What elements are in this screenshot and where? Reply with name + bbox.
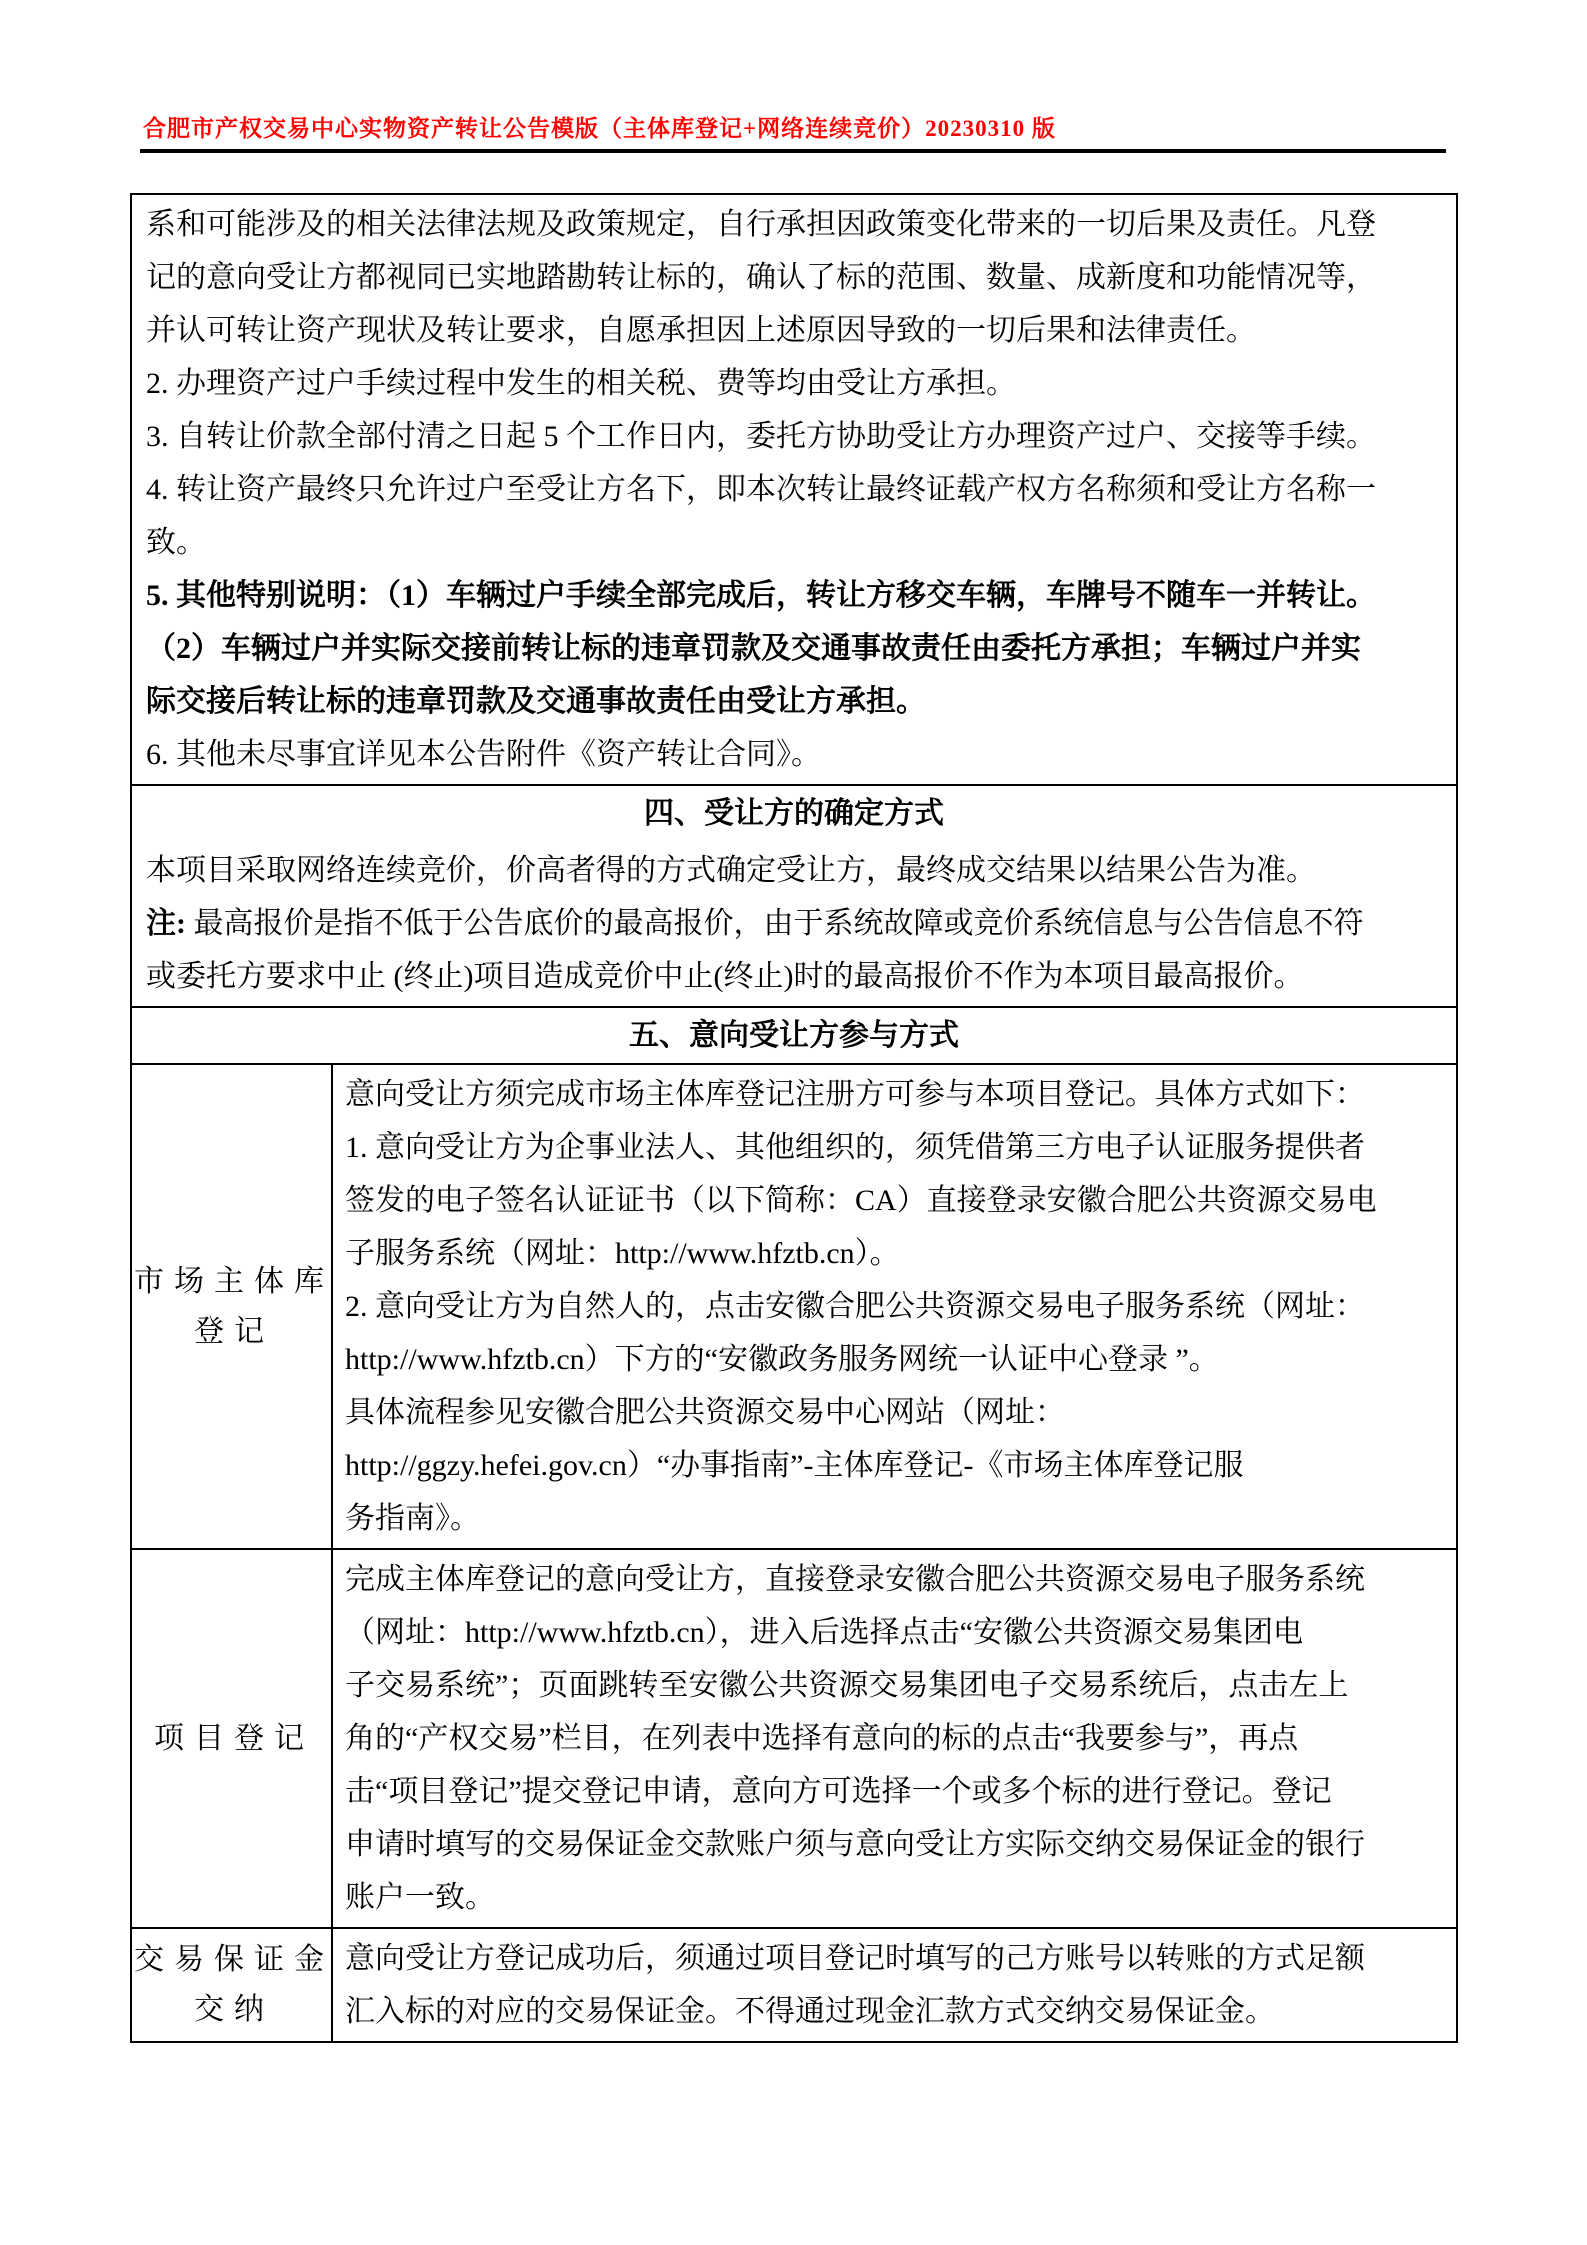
project-registration-content: 完成主体库登记的意向受让方，直接登录安徽合肥公共资源交易电子服务系统（网址：ht… xyxy=(333,1550,1456,1927)
text-line: 汇入标的对应的交易保证金。不得通过现金汇款方式交纳交易保证金。 xyxy=(345,1985,1444,2038)
text-line: 1. 意向受让方为企事业法人、其他组织的，须凭借第三方电子认证服务提供者 xyxy=(345,1121,1444,1174)
text-line: 登记 xyxy=(189,1307,274,1357)
section4-header: 四、受让方的确定方式 xyxy=(132,784,1456,841)
text-line: 致。 xyxy=(146,516,1442,569)
text-line: http://www.hfztb.cn）下方的“安徽政务服务网统一认证中心登录 … xyxy=(345,1333,1444,1386)
text-line: 意向受让方须完成市场主体库登记注册方可参与本项目登记。具体方式如下： xyxy=(345,1068,1444,1121)
text-line: 际交接后转让标的违章罚款及交通事故责任由受让方承担。 xyxy=(146,675,1442,728)
text-line: 交纳 xyxy=(189,1985,274,2035)
text-line: 账户一致。 xyxy=(345,1871,1444,1924)
text-line: 交易保证金 xyxy=(129,1935,334,1985)
text-line: 具体流程参见安徽合肥公共资源交易中心网站（网址： xyxy=(345,1386,1444,1439)
text-line: 2. 意向受让方为自然人的，点击安徽合肥公共资源交易电子服务系统（网址： xyxy=(345,1280,1444,1333)
announcement-table: 系和可能涉及的相关法律法规及政策规定，自行承担因政策变化带来的一切后果及责任。凡… xyxy=(130,193,1458,2043)
project-registration-row: 项目登记 完成主体库登记的意向受让方，直接登录安徽合肥公共资源交易电子服务系统（… xyxy=(132,1548,1456,1927)
text-line: 5. 其他特别说明：（1）车辆过户手续全部完成后，转让方移交车辆，车牌号不随车一… xyxy=(146,569,1442,622)
text-line: 子交易系统”；页面跳转至安徽公共资源交易集团电子交易系统后，点击左上 xyxy=(345,1659,1444,1712)
text-line: 并认可转让资产现状及转让要求，自愿承担因上述原因导致的一切后果和法律责任。 xyxy=(146,304,1442,357)
text-line: 务指南》。 xyxy=(345,1492,1444,1545)
text-line: 系和可能涉及的相关法律法规及政策规定，自行承担因政策变化带来的一切后果及责任。凡… xyxy=(146,198,1442,251)
market-registry-label: 市场主体库登记 xyxy=(132,1065,333,1548)
text-line: 角的“产权交易”栏目，在列表中选择有意向的标的点击“我要参与”，再点 xyxy=(345,1712,1444,1765)
text-line: 3. 自转让价款全部付清之日起 5 个工作日内，委托方协助受让方办理资产过户、交… xyxy=(146,410,1442,463)
deposit-payment-row: 交易保证金交纳 意向受让方登记成功后，须通过项目登记时填写的己方账号以转账的方式… xyxy=(132,1927,1456,2041)
text-line: 4. 转让资产最终只允许过户至受让方名下，即本次转让最终证载产权方名称须和受让方… xyxy=(146,463,1442,516)
text-line: （2）车辆过户并实际交接前转让标的违章罚款及交通事故责任由委托方承担；车辆过户并… xyxy=(146,622,1442,675)
text-line: 击“项目登记”提交登记申请，意向方可选择一个或多个标的进行登记。登记 xyxy=(345,1765,1444,1818)
text-line: 2. 办理资产过户手续过程中发生的相关税、费等均由受让方承担。 xyxy=(146,357,1442,410)
market-registry-row: 市场主体库登记 意向受让方须完成市场主体库登记注册方可参与本项目登记。具体方式如… xyxy=(132,1063,1456,1548)
project-registration-label: 项目登记 xyxy=(132,1550,333,1927)
text-line: 或委托方要求中止 (终止)项目造成竞价中止(终止)时的最高报价不作为本项目最高报… xyxy=(146,950,1442,1003)
text-line: 完成主体库登记的意向受让方，直接登录安徽合肥公共资源交易电子服务系统 xyxy=(345,1553,1444,1606)
text-line: 申请时填写的交易保证金交款账户须与意向受让方实际交纳交易保证金的银行 xyxy=(345,1818,1444,1871)
text-line: 项目登记 xyxy=(149,1714,314,1764)
market-registry-content: 意向受让方须完成市场主体库登记注册方可参与本项目登记。具体方式如下：1. 意向受… xyxy=(333,1065,1456,1548)
text-line: http://ggzy.hefei.gov.cn）“办事指南”-主体库登记-《市… xyxy=(345,1439,1444,1492)
section4-content-cell: 本项目采取网络连续竞价，价高者得的方式确定受让方，最终成交结果以结果公告为准。注… xyxy=(132,841,1456,1006)
text-line: 市场主体库 xyxy=(129,1257,334,1307)
text-line: 6. 其他未尽事宜详见本公告附件《资产转让合同》。 xyxy=(146,728,1442,781)
text-line: 注: 最高报价是指不低于公告底价的最高报价，由于系统故障或竞价系统信息与公告信息… xyxy=(146,897,1442,950)
deposit-payment-label: 交易保证金交纳 xyxy=(132,1929,333,2041)
section5-header: 五、意向受让方参与方式 xyxy=(132,1006,1456,1063)
document-title: 合肥市产权交易中心实物资产转让公告模版（主体库登记+网络连续竞价）2023031… xyxy=(143,110,1056,143)
text-line: （网址：http://www.hfztb.cn），进入后选择点击“安徽公共资源交… xyxy=(345,1606,1444,1659)
text-line: 本项目采取网络连续竞价，价高者得的方式确定受让方，最终成交结果以结果公告为准。 xyxy=(146,844,1442,897)
text-line: 意向受让方登记成功后，须通过项目登记时填写的己方账号以转账的方式足额 xyxy=(345,1932,1444,1985)
text-line: 记的意向受让方都视同已实地踏勘转让标的，确认了标的范围、数量、成新度和功能情况等… xyxy=(146,251,1442,304)
deposit-payment-content: 意向受让方登记成功后，须通过项目登记时填写的己方账号以转账的方式足额汇入标的对应… xyxy=(333,1929,1456,2041)
title-underline xyxy=(140,149,1446,153)
text-line: 子服务系统（网址：http://www.hfztb.cn）。 xyxy=(345,1227,1444,1280)
text-line: 签发的电子签名认证证书（以下简称：CA）直接登录安徽合肥公共资源交易电 xyxy=(345,1174,1444,1227)
general-terms-cell: 系和可能涉及的相关法律法规及政策规定，自行承担因政策变化带来的一切后果及责任。凡… xyxy=(132,195,1456,784)
